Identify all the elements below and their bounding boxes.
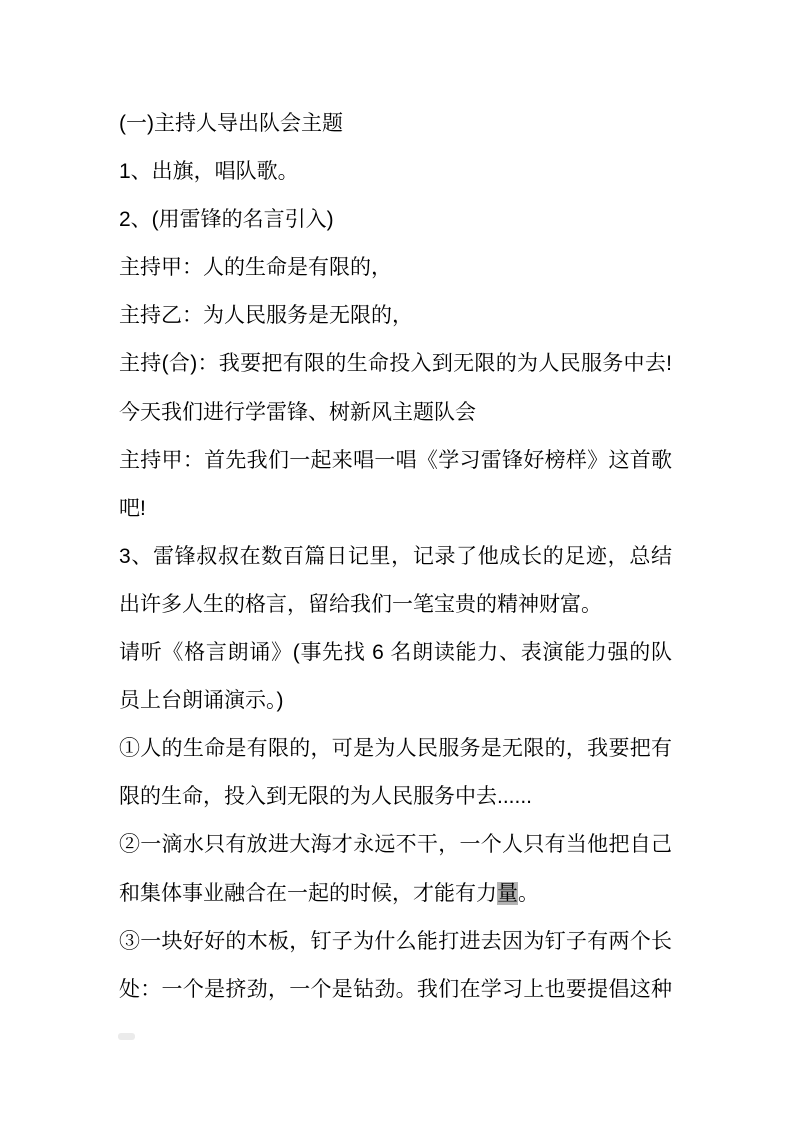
text-line: 请听《格言朗诵》(事先找 6 名朗读能力、表演能力强的队 [119, 629, 672, 677]
text-line-with-highlight: 和集体事业融合在一起的时候，才能有力量。 [119, 870, 672, 918]
highlighted-character: 量 [497, 882, 518, 905]
text-line: ②一滴水只有放进大海才永远不干，一个人只有当他把自己 [119, 821, 672, 869]
scan-artifact [118, 1033, 135, 1040]
text-line: ①人的生命是有限的，可是为人民服务是无限的，我要把有 [119, 725, 672, 773]
text-line: 1、出旗，唱队歌。 [119, 148, 672, 196]
text-line: 限的生命，投入到无限的为人民服务中去...... [119, 773, 672, 821]
text-line: ③一块好好的木板，钉子为什么能打进去因为钉子有两个长 [119, 918, 672, 966]
text-line: 今天我们进行学雷锋、树新风主题队会 [119, 389, 672, 437]
text-line: 员上台朗诵演示。) [119, 677, 672, 725]
text-line: 出许多人生的格言，留给我们一笔宝贵的精神财富。 [119, 581, 672, 629]
text-line: 主持甲：人的生命是有限的， [119, 244, 672, 292]
text-line: 吧! [119, 485, 672, 533]
text-segment: 和集体事业融合在一起的时候，才能有力 [119, 882, 497, 905]
text-line: 主持(合)：我要把有限的生命投入到无限的为人民服务中去! [119, 340, 672, 388]
text-line: 主持乙：为人民服务是无限的， [119, 292, 672, 340]
text-line: 处：一个是挤劲，一个是钻劲。我们在学习上也要提倡这种 [119, 966, 672, 1014]
document-page: (一)主持人导出队会主题 1、出旗，唱队歌。 2、(用雷锋的名言引入) 主持甲：… [119, 100, 672, 1014]
text-line: 主持甲：首先我们一起来唱一唱《学习雷锋好榜样》这首歌 [119, 437, 672, 485]
text-line: 2、(用雷锋的名言引入) [119, 196, 672, 244]
text-segment: 。 [518, 882, 539, 905]
section-heading: (一)主持人导出队会主题 [119, 100, 672, 148]
text-line: 3、雷锋叔叔在数百篇日记里，记录了他成长的足迹，总结 [119, 533, 672, 581]
